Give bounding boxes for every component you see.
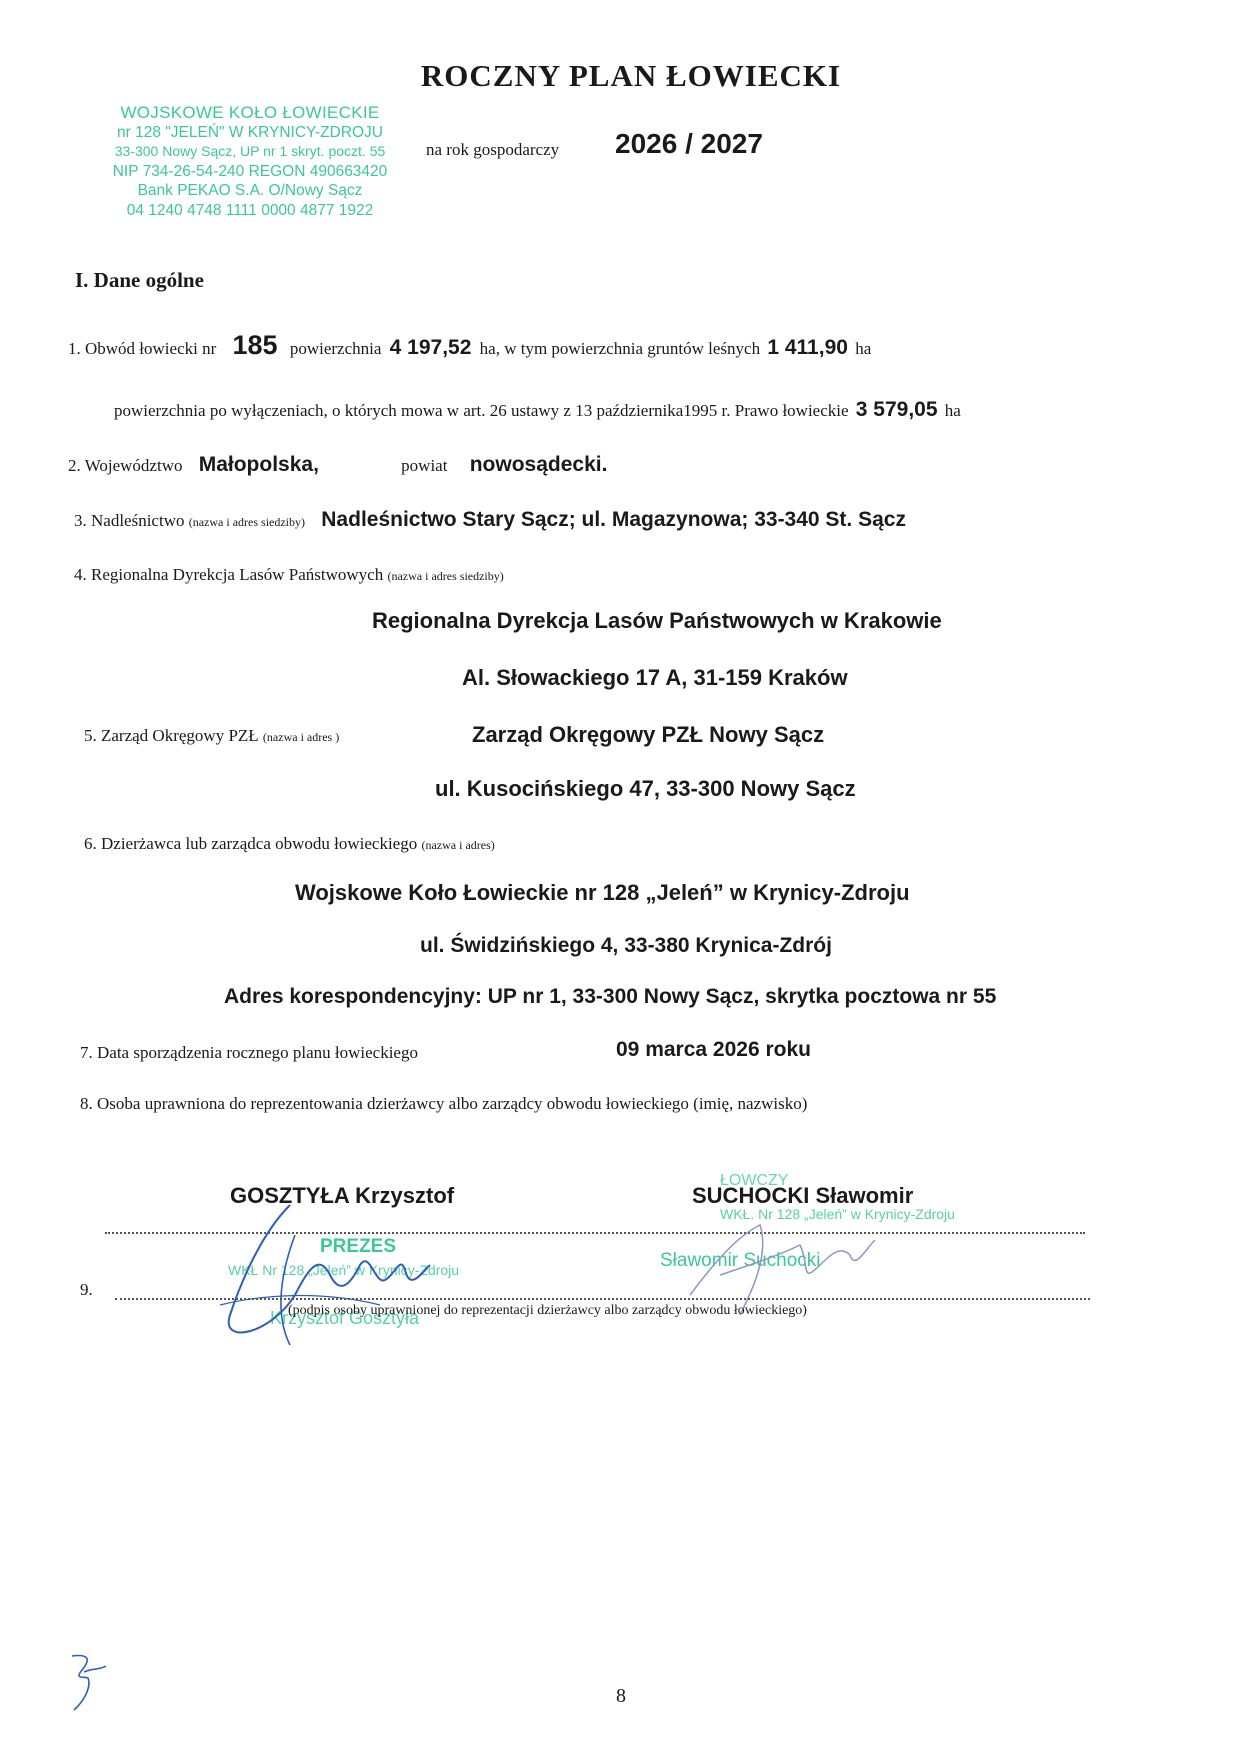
- county-label: powiat: [401, 456, 447, 475]
- signature-caption: (podpis osoby uprawnionej do reprezentac…: [288, 1303, 807, 1319]
- document-title: ROCZNY PLAN ŁOWIECKI: [0, 58, 1242, 94]
- pzl-address: ul. Kusocińskiego 47, 33-300 Nowy Sącz: [435, 776, 856, 802]
- pzl-label: 5. Zarząd Okręgowy PZŁ: [84, 726, 259, 745]
- area-label: powierzchnia: [290, 339, 382, 358]
- rdlp-label: 4. Regionalna Dyrekcja Lasów Państwowych: [74, 565, 383, 584]
- signature-left-icon: [200, 1195, 460, 1355]
- item-1-label: 1. Obwód łowiecki nr: [68, 339, 216, 358]
- correspondence-address: Adres korespondencyjny: UP nr 1, 33-300 …: [224, 985, 996, 1009]
- rdlp-address: Al. Słowackiego 17 A, 31-159 Kraków: [462, 665, 848, 691]
- forest-district-label: 3. Nadleśnictwo: [74, 511, 184, 530]
- forest-district: Nadleśnictwo Stary Sącz; ul. Magazynowa;…: [321, 508, 906, 531]
- tenant-address: ul. Świdzińskiego 4, 33-380 Krynica-Zdró…: [420, 934, 832, 958]
- stamp-line: WOJSKOWE KOŁO ŁOWIECKIE: [80, 103, 420, 123]
- hunting-district-number: 185: [233, 330, 278, 360]
- item-6-label: 6. Dzierżawca lub zarządca obwodu łowiec…: [84, 834, 495, 854]
- year-value: 2026 / 2027: [615, 128, 763, 160]
- item-4-label: 4. Regionalna Dyrekcja Lasów Państwowych…: [74, 565, 504, 585]
- plan-date-label: 7. Data sporządzenia rocznego planu łowi…: [80, 1043, 418, 1063]
- stamp-line: 04 1240 4748 1111 0000 4877 1922: [80, 201, 420, 221]
- item-9-number: 9.: [80, 1280, 93, 1300]
- rdlp-note: (nazwa i adres siedziby): [387, 569, 503, 583]
- stamp-line: Bank PEKAO S.A. O/Nowy Sącz: [80, 181, 420, 201]
- representative-label: 8. Osoba uprawniona do reprezentowania d…: [80, 1094, 807, 1114]
- voivodeship: Małopolska,: [199, 453, 319, 476]
- item-1-line-1: 1. Obwód łowiecki nr 185 powierzchnia 4 …: [68, 330, 871, 361]
- section-title: I. Dane ogólne: [75, 268, 204, 293]
- item-2: 2. Województwo Małopolska, powiat nowosą…: [68, 453, 607, 477]
- county: nowosądecki.: [470, 453, 608, 476]
- year-label: na rok gospodarczy: [426, 140, 559, 160]
- voivodeship-label: 2. Województwo: [68, 456, 182, 475]
- pzl-name: Zarząd Okręgowy PZŁ Nowy Sącz: [472, 722, 824, 748]
- unit: ha: [945, 401, 961, 420]
- stamp-line: 33-300 Nowy Sącz, UP nr 1 skryt. poczt. …: [80, 142, 420, 162]
- pzl-note: (nazwa i adres ): [263, 730, 339, 744]
- club-stamp: WOJSKOWE KOŁO ŁOWIECKIE nr 128 "JELEŃ" W…: [80, 103, 420, 220]
- item-3: 3. Nadleśnictwo (nazwa i adres siedziby)…: [74, 508, 906, 532]
- stamp-line: NIP 734-26-54-240 REGON 490663420: [80, 162, 420, 182]
- item-5-label: 5. Zarząd Okręgowy PZŁ (nazwa i adres ): [84, 726, 339, 746]
- tenant-name: Wojskowe Koło Łowieckie nr 128 „Jeleń” w…: [295, 880, 910, 906]
- signature-line-lower: [115, 1298, 1090, 1300]
- unit: ha: [855, 339, 871, 358]
- forest-district-note: (nazwa i adres siedziby): [189, 515, 305, 529]
- forest-area-label: ha, w tym powierzchnia gruntów leśnych: [480, 339, 760, 358]
- forest-area: 1 411,90: [767, 336, 848, 359]
- stamp-line: nr 128 "JELEŃ" W KRYNICY-ZDROJU: [80, 123, 420, 143]
- net-area: 3 579,05: [856, 398, 938, 421]
- total-area: 4 197,52: [390, 336, 472, 359]
- tenant-note: (nazwa i adres): [421, 838, 494, 852]
- page-number: 8: [0, 1685, 1242, 1708]
- net-area-label: powierzchnia po wyłączeniach, o których …: [114, 401, 849, 420]
- plan-date: 09 marca 2026 roku: [616, 1038, 811, 1062]
- item-1-line-2: powierzchnia po wyłączeniach, o których …: [114, 398, 961, 422]
- tenant-label: 6. Dzierżawca lub zarządca obwodu łowiec…: [84, 834, 417, 853]
- rdlp-name: Regionalna Dyrekcja Lasów Państwowych w …: [372, 608, 942, 634]
